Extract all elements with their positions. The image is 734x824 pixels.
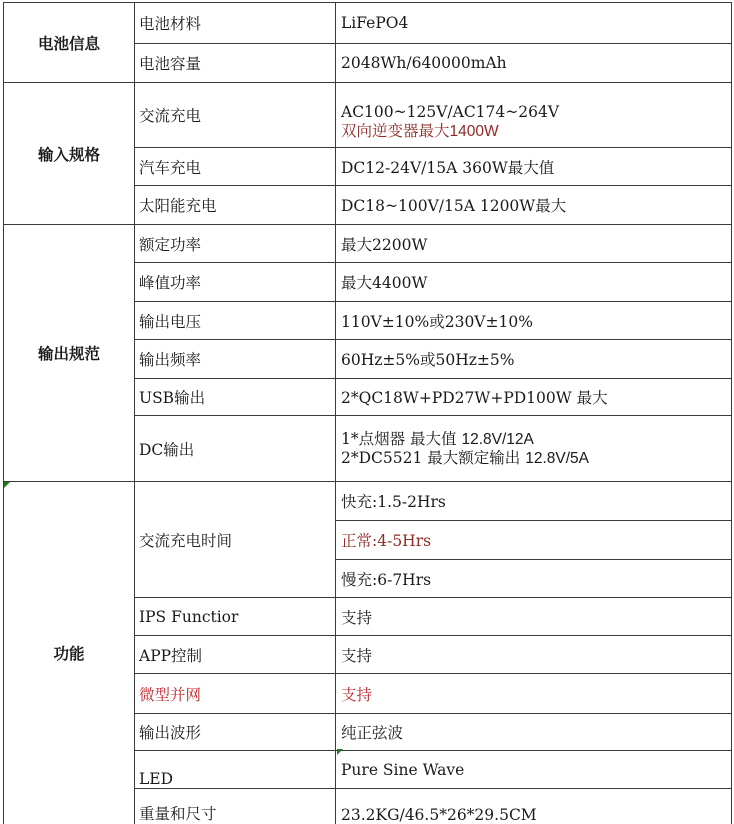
label-dc-output: DC输出 — [135, 416, 336, 482]
value-rated-power: 最大2200W — [336, 225, 732, 263]
value-weight-dimensions: 23.2KG/46.5*26*29.5CM — [336, 789, 732, 824]
label-ac-charge-time: 交流充电时间 — [135, 482, 336, 598]
dc5521-spec: 2*DC5521 最大额定输出 12.8V/5A — [341, 449, 731, 468]
label-battery-capacity: 电池容量 — [135, 44, 336, 83]
comment-marker-icon — [337, 749, 343, 755]
value-solar-charging: DC18~100V/15A 1200W最大 — [336, 186, 732, 225]
category-functions: 功能 — [4, 482, 135, 824]
label-output-voltage: 输出电压 — [135, 302, 336, 340]
table-row: 功能 交流充电时间 快充:1.5-2Hrs — [4, 482, 732, 521]
label-solar-charging: 太阳能充电 — [135, 186, 336, 225]
label-weight-dimensions: 重量和尺寸 — [135, 789, 336, 824]
comment-marker-icon — [4, 482, 10, 488]
value-peak-power: 最大4400W — [336, 263, 732, 302]
value-led: Pure Sine Wave — [336, 751, 732, 789]
value-usb-output: 2*QC18W+PD27W+PD100W 最大 — [336, 379, 732, 416]
bidirectional-inverter-note: 双向逆变器最大1400W — [341, 122, 731, 141]
label-rated-power: 额定功率 — [135, 225, 336, 263]
value-battery-material: LiFePO4 — [336, 3, 732, 44]
value-app-control: 支持 — [336, 636, 732, 674]
label-micro-grid-tie: 微型并网 — [135, 674, 336, 714]
label-led: LED — [135, 751, 336, 789]
value-fast-charge: 快充:1.5-2Hrs — [336, 482, 732, 521]
label-app-control: APP控制 — [135, 636, 336, 674]
category-output-spec: 输出规范 — [4, 225, 135, 482]
spec-table-container: 电池信息 电池材料 LiFePO4 电池容量 2048Wh/640000mAh … — [3, 2, 731, 824]
value-dc-output: 1*点烟器 最大值 12.8V/12A 2*DC5521 最大额定输出 12.8… — [336, 416, 732, 482]
category-battery-info: 电池信息 — [4, 3, 135, 83]
label-car-charging: 汽车充电 — [135, 148, 336, 186]
label-peak-power: 峰值功率 — [135, 263, 336, 302]
value-micro-grid-tie: 支持 — [336, 674, 732, 714]
spec-table: 电池信息 电池材料 LiFePO4 电池容量 2048Wh/640000mAh … — [3, 2, 732, 824]
category-input-spec: 输入规格 — [4, 83, 135, 225]
cigarette-lighter-spec: 1*点烟器 最大值 12.8V/12A — [341, 430, 731, 449]
label-ips-function: IPS Functior — [135, 598, 336, 636]
inverter-note-text: 双向逆变器最大 — [341, 122, 450, 140]
table-row: 电池信息 电池材料 LiFePO4 — [4, 3, 732, 44]
table-row: 输出规范 额定功率 最大2200W — [4, 225, 732, 263]
label-output-waveform: 输出波形 — [135, 714, 336, 751]
dc5521-rating: 12.8V/5A — [525, 450, 589, 467]
cigarette-lighter-rating: 12.8V/12A — [461, 431, 533, 448]
value-car-charging: DC12-24V/15A 360W最大值 — [336, 148, 732, 186]
value-output-voltage: 110V±10%或230V±10% — [336, 302, 732, 340]
value-ac-charging: AC100~125V/AC174~264V 双向逆变器最大1400W — [336, 83, 732, 148]
label-ac-charging: 交流充电 — [135, 83, 336, 148]
value-battery-capacity: 2048Wh/640000mAh — [336, 44, 732, 83]
value-normal-charge: 正常:4-5Hrs — [336, 521, 732, 560]
table-row: 输入规格 交流充电 AC100~125V/AC174~264V 双向逆变器最大1… — [4, 83, 732, 148]
label-battery-material: 电池材料 — [135, 3, 336, 44]
dc5521-text: 2*DC5521 最大额定输出 — [341, 449, 525, 467]
label-usb-output: USB输出 — [135, 379, 336, 416]
value-slow-charge: 慢充:6-7Hrs — [336, 560, 732, 598]
value-output-waveform: 纯正弦波 — [336, 714, 732, 751]
cigarette-lighter-text: 1*点烟器 最大值 — [341, 430, 461, 448]
inverter-note-power: 1400W — [450, 123, 499, 140]
label-output-frequency: 输出频率 — [135, 340, 336, 379]
value-output-frequency: 60Hz±5%或50Hz±5% — [336, 340, 732, 379]
value-ips-function: 支持 — [336, 598, 732, 636]
ac-input-range: AC100~125V/AC174~264V — [341, 103, 731, 122]
